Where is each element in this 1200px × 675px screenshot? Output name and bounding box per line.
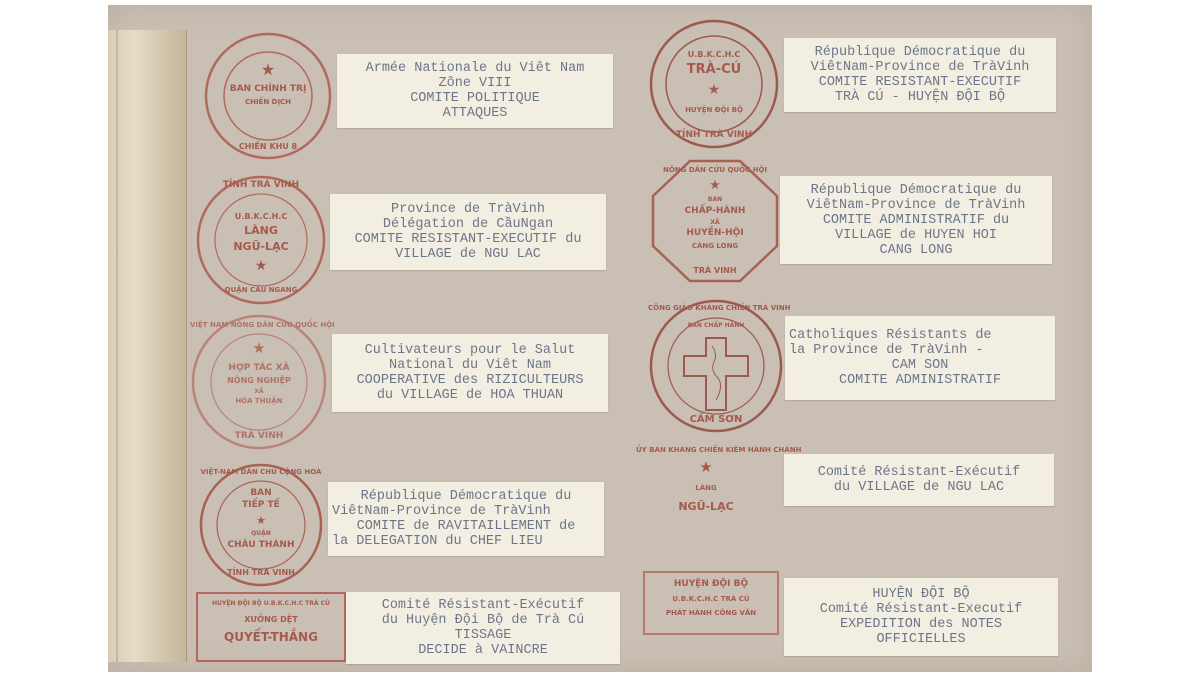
star-icon: ★: [197, 514, 325, 527]
stamp-center-line: XÃ: [190, 388, 328, 395]
stamp-ring-text: CẨM SƠN: [648, 414, 784, 425]
stamp-center-line: XÃ: [650, 219, 780, 226]
stamp-ring-text: VIỆT-NAM DÂN CHỦ CỘNG HOÀ: [197, 468, 325, 476]
stamp-quyet-thang-weaving: HUYỆN ĐỘI BỘ U.B.K.C.H.C TRÀ CÚ XƯỞNG DỆ…: [196, 592, 346, 662]
stamp-ring-text: TRÀ VINH: [190, 431, 328, 441]
stamp-army-political: ★ BAN CHÍNH TRỊ CHIẾN DỊCH CHIẾN KHU 8: [203, 30, 333, 162]
stamp-center-line: NÔNG NGHIỆP: [190, 376, 328, 385]
stamp-ring-text: ỦY BAN KHÁNG CHIẾN KIÊM HÀNH CHÁNH: [636, 446, 776, 454]
caption-label: République Démocratique duViêtNam-Provin…: [784, 38, 1056, 112]
stamp-center-line: CHẤP-HÀNH: [650, 206, 780, 216]
stamp-ring-text: TỈNH TRÀ VINH: [648, 130, 780, 140]
star-icon: ★: [650, 178, 780, 193]
stamp-ring-text: NÔNG DÂN CỨU QUỐC HỘI: [650, 166, 780, 174]
star-icon: ★: [190, 339, 328, 357]
stamp-center-line: U.B.K.C.H.C: [648, 50, 780, 59]
caption-label: Armée Nationale du Viêt NamZône VIIICOMI…: [337, 54, 613, 128]
stamp-center-line: LÀNG: [636, 484, 776, 492]
caption-label: Comité Résistant-Exécutifdu Huyện Đội Bộ…: [346, 592, 620, 664]
stamp-ngu-lac-arc: ỦY BAN KHÁNG CHIẾN KIÊM HÀNH CHÁNH ★ LÀN…: [636, 444, 776, 530]
stamp-hoa-thuan-cooperative: VIỆT NAM NÔNG DÂN CỨU QUỐC HỘI ★ HỢP TÁC…: [190, 313, 328, 451]
stamp-ring-text: CHIẾN KHU 8: [203, 142, 333, 151]
caption-label: Comité Résistant-Exécutifdu VILLAGE de N…: [784, 454, 1054, 506]
stamp-center-line: HUYỀN-HỘI: [650, 228, 780, 238]
stamp-center-line: CÀNG LONG: [650, 242, 780, 250]
star-icon: ★: [636, 458, 776, 476]
stamp-center-line: HUYỆN ĐỘI BỘ: [648, 106, 780, 114]
star-icon: ★: [203, 60, 333, 79]
stamp-tra-cu-district: U.B.K.C.H.C TRÀ-CÚ ★ HUYỆN ĐỘI BỘ TỈNH T…: [648, 18, 780, 150]
stamp-center-line: TRÀ-CÚ: [648, 62, 780, 77]
caption-label: République Démocratique duViêtNam-Provin…: [780, 176, 1052, 264]
caption-label: Cultivateurs pour le SalutNational du Vi…: [332, 334, 608, 412]
stamp-center-line: QUẬN: [197, 530, 325, 537]
stamp-ring-text: CÔNG GIÁO KHÁNG CHIẾN TRÀ VINH: [648, 304, 784, 312]
stamp-center-line: BAN: [197, 488, 325, 498]
caption-label: Province de TràVinhDélégation de CầuNgan…: [330, 194, 606, 270]
stamp-ring-text: TRÀ VINH: [650, 266, 780, 275]
star-icon: ★: [648, 82, 780, 98]
stamp-center-line: BAN: [650, 196, 780, 203]
stamp-cong-van-dispatch: HUYỆN ĐỘI BỘ U.B.K.C.H.C TRÀ CÚ PHÁT HÀN…: [643, 571, 779, 635]
stamp-center-line: TIẾP TẾ: [197, 500, 325, 510]
stamp-cam-son-catholic: CÔNG GIÁO KHÁNG CHIẾN TRÀ VINH BAN CHẤP …: [648, 298, 784, 434]
stamp-center-line: HÒA THUẬN: [190, 397, 328, 405]
caption-label: République Démocratique duViêtNam-Provin…: [328, 482, 604, 556]
stamp-ngu-lac-village: TỈNH TRÀ VINH U.B.K.C.H.C LÀNG NGŨ-LẠC ★…: [195, 174, 327, 306]
stamp-huyen-hoi-octagon: NÔNG DÂN CỨU QUỐC HỘI ★ BAN CHẤP-HÀNH XÃ…: [650, 158, 780, 284]
star-icon: ★: [195, 258, 327, 274]
stamp-ring-text: QUẬN CẦU NGANG: [195, 286, 327, 294]
stamp-center-line: NGŨ-LẠC: [636, 500, 776, 513]
stamp-center-line: HỢP TÁC XÃ: [190, 363, 328, 373]
binding-tape: [108, 30, 187, 662]
stamp-center-line: BAN CHÍNH TRỊ: [203, 84, 333, 94]
stamp-center-line: LÀNG: [195, 224, 327, 237]
stamp-ring-text: VIỆT NAM NÔNG DÂN CỨU QUỐC HỘI: [190, 321, 328, 329]
caption-label: HUYỆN ĐỘI BỘComité Résistant-ExecutifEXP…: [784, 578, 1058, 656]
stamp-center-line: U.B.K.C.H.C: [195, 212, 327, 221]
caption-label: Catholiques Résistants dela Province de …: [785, 316, 1055, 400]
stamp-chau-thanh-supply: VIỆT-NAM DÂN CHỦ CỘNG HOÀ BAN TIẾP TẾ ★ …: [197, 462, 325, 588]
stamp-ring-text: TỈNH TRÀ VINH: [197, 568, 325, 577]
stamp-center-line: CHIẾN DỊCH: [203, 98, 333, 106]
stamp-center-line: CHÂU THÀNH: [197, 540, 325, 550]
stamp-center-line: NGŨ-LẠC: [195, 240, 327, 253]
stamp-center-line: BAN CHẤP HÀNH: [648, 322, 784, 329]
stamp-ring-text: TỈNH TRÀ VINH: [195, 180, 327, 190]
